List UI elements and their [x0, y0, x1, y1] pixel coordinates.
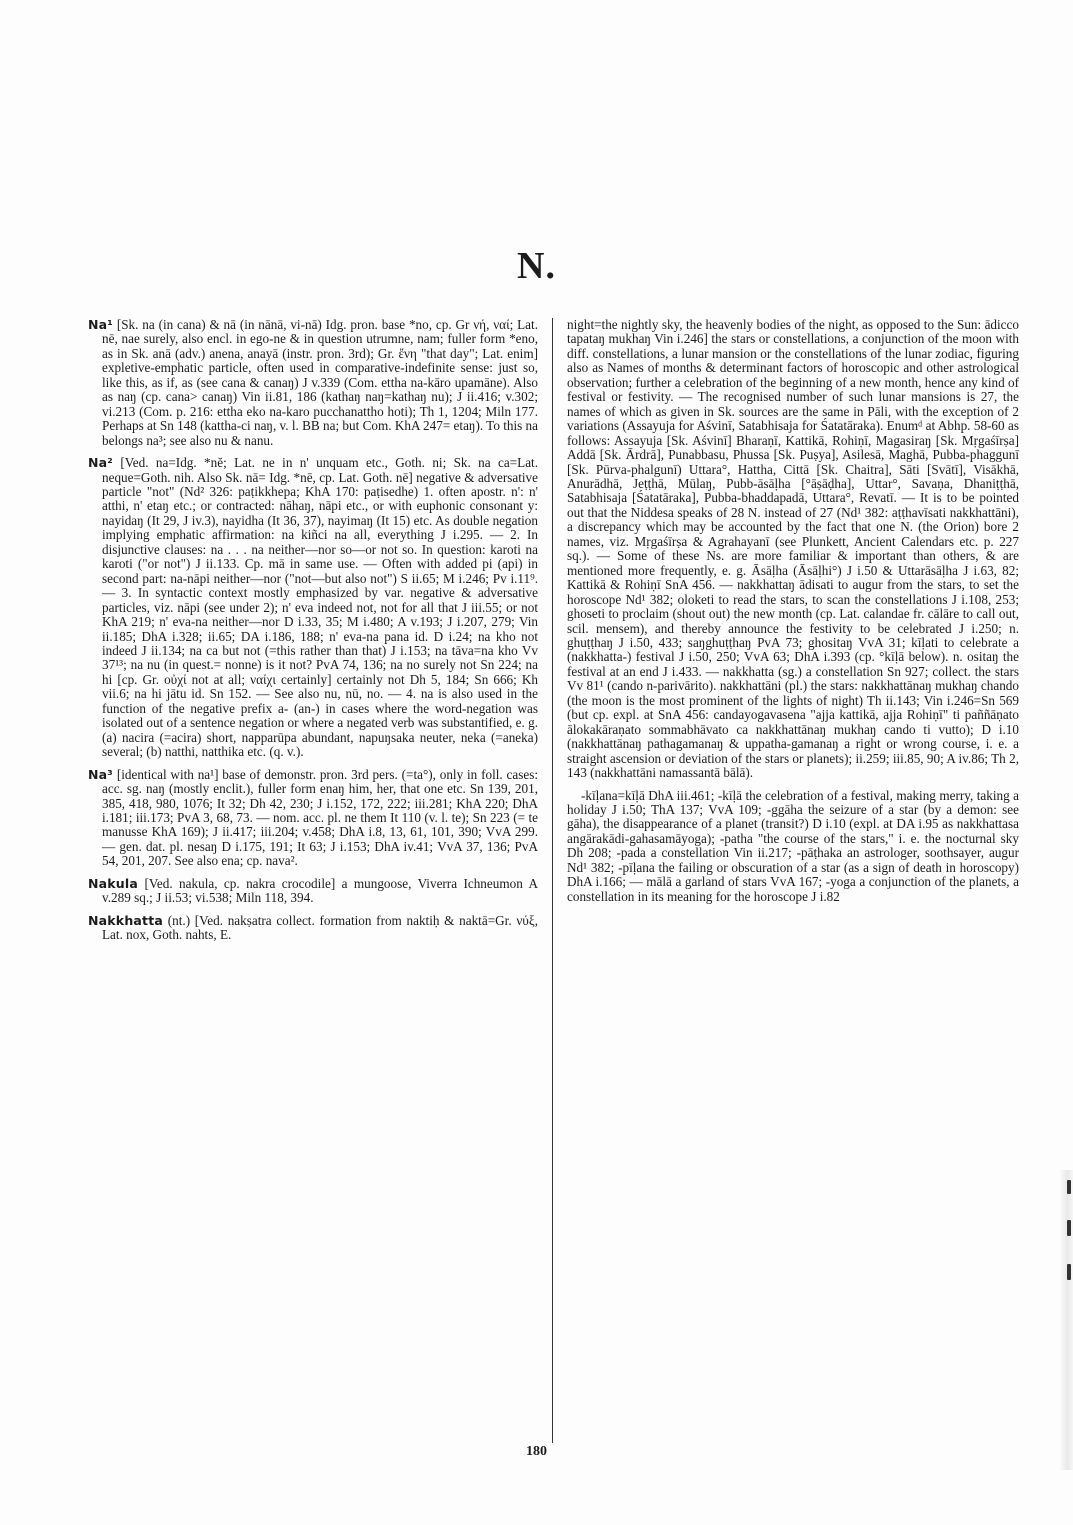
page-number: 180	[0, 1444, 1073, 1460]
entry-text: (nt.) [Ved. nakṣatra collect. formation …	[102, 913, 538, 942]
headword: Na³	[88, 767, 113, 782]
nakkhatta-continuation: night=the nightly sky, the heavenly bodi…	[567, 318, 1019, 781]
entry-text: [Ved. na=Idg. *nĕ; Lat. ne in n' unquam …	[102, 455, 538, 759]
headword: Nakkhatta	[88, 913, 163, 928]
edge-mark	[1067, 1264, 1071, 1280]
right-column: night=the nightly sky, the heavenly bodi…	[567, 318, 1019, 904]
dictionary-entry-na3: Na³ [identical with na¹] base of demonst…	[88, 768, 538, 869]
entry-text: [identical with na¹] base of demonstr. p…	[102, 767, 538, 869]
headword: Na²	[88, 455, 113, 470]
edge-mark	[1067, 1180, 1071, 1194]
dictionary-entry-na1: Na¹ [Sk. na (in cana) & nā (in nānā, vi-…	[88, 318, 538, 448]
left-column: Na¹ [Sk. na (in cana) & nā (in nānā, vi-…	[88, 318, 538, 951]
section-letter-heading: N.	[0, 244, 1073, 288]
entry-text: [Sk. na (in cana) & nā (in nānā, vi-nā) …	[102, 317, 538, 448]
dictionary-entry-nakula: Nakula [Ved. nakula, cp. nakra crocodile…	[88, 877, 538, 906]
dictionary-entry-na2: Na² [Ved. na=Idg. *nĕ; Lat. ne in n' unq…	[88, 456, 538, 760]
headword: Nakula	[88, 876, 138, 891]
headword: Na¹	[88, 317, 113, 332]
nakkhatta-compounds: -kīḷana=kīḷā DhA iii.461; -kīḷā the cele…	[567, 789, 1019, 905]
edge-mark	[1067, 1220, 1071, 1236]
page-edge-shadow	[1059, 1170, 1073, 1470]
dictionary-entry-nakkhatta: Nakkhatta (nt.) [Ved. nakṣatra collect. …	[88, 914, 538, 943]
column-divider	[552, 318, 553, 1443]
entry-text: [Ved. nakula, cp. nakra crocodile] a mun…	[102, 876, 538, 905]
